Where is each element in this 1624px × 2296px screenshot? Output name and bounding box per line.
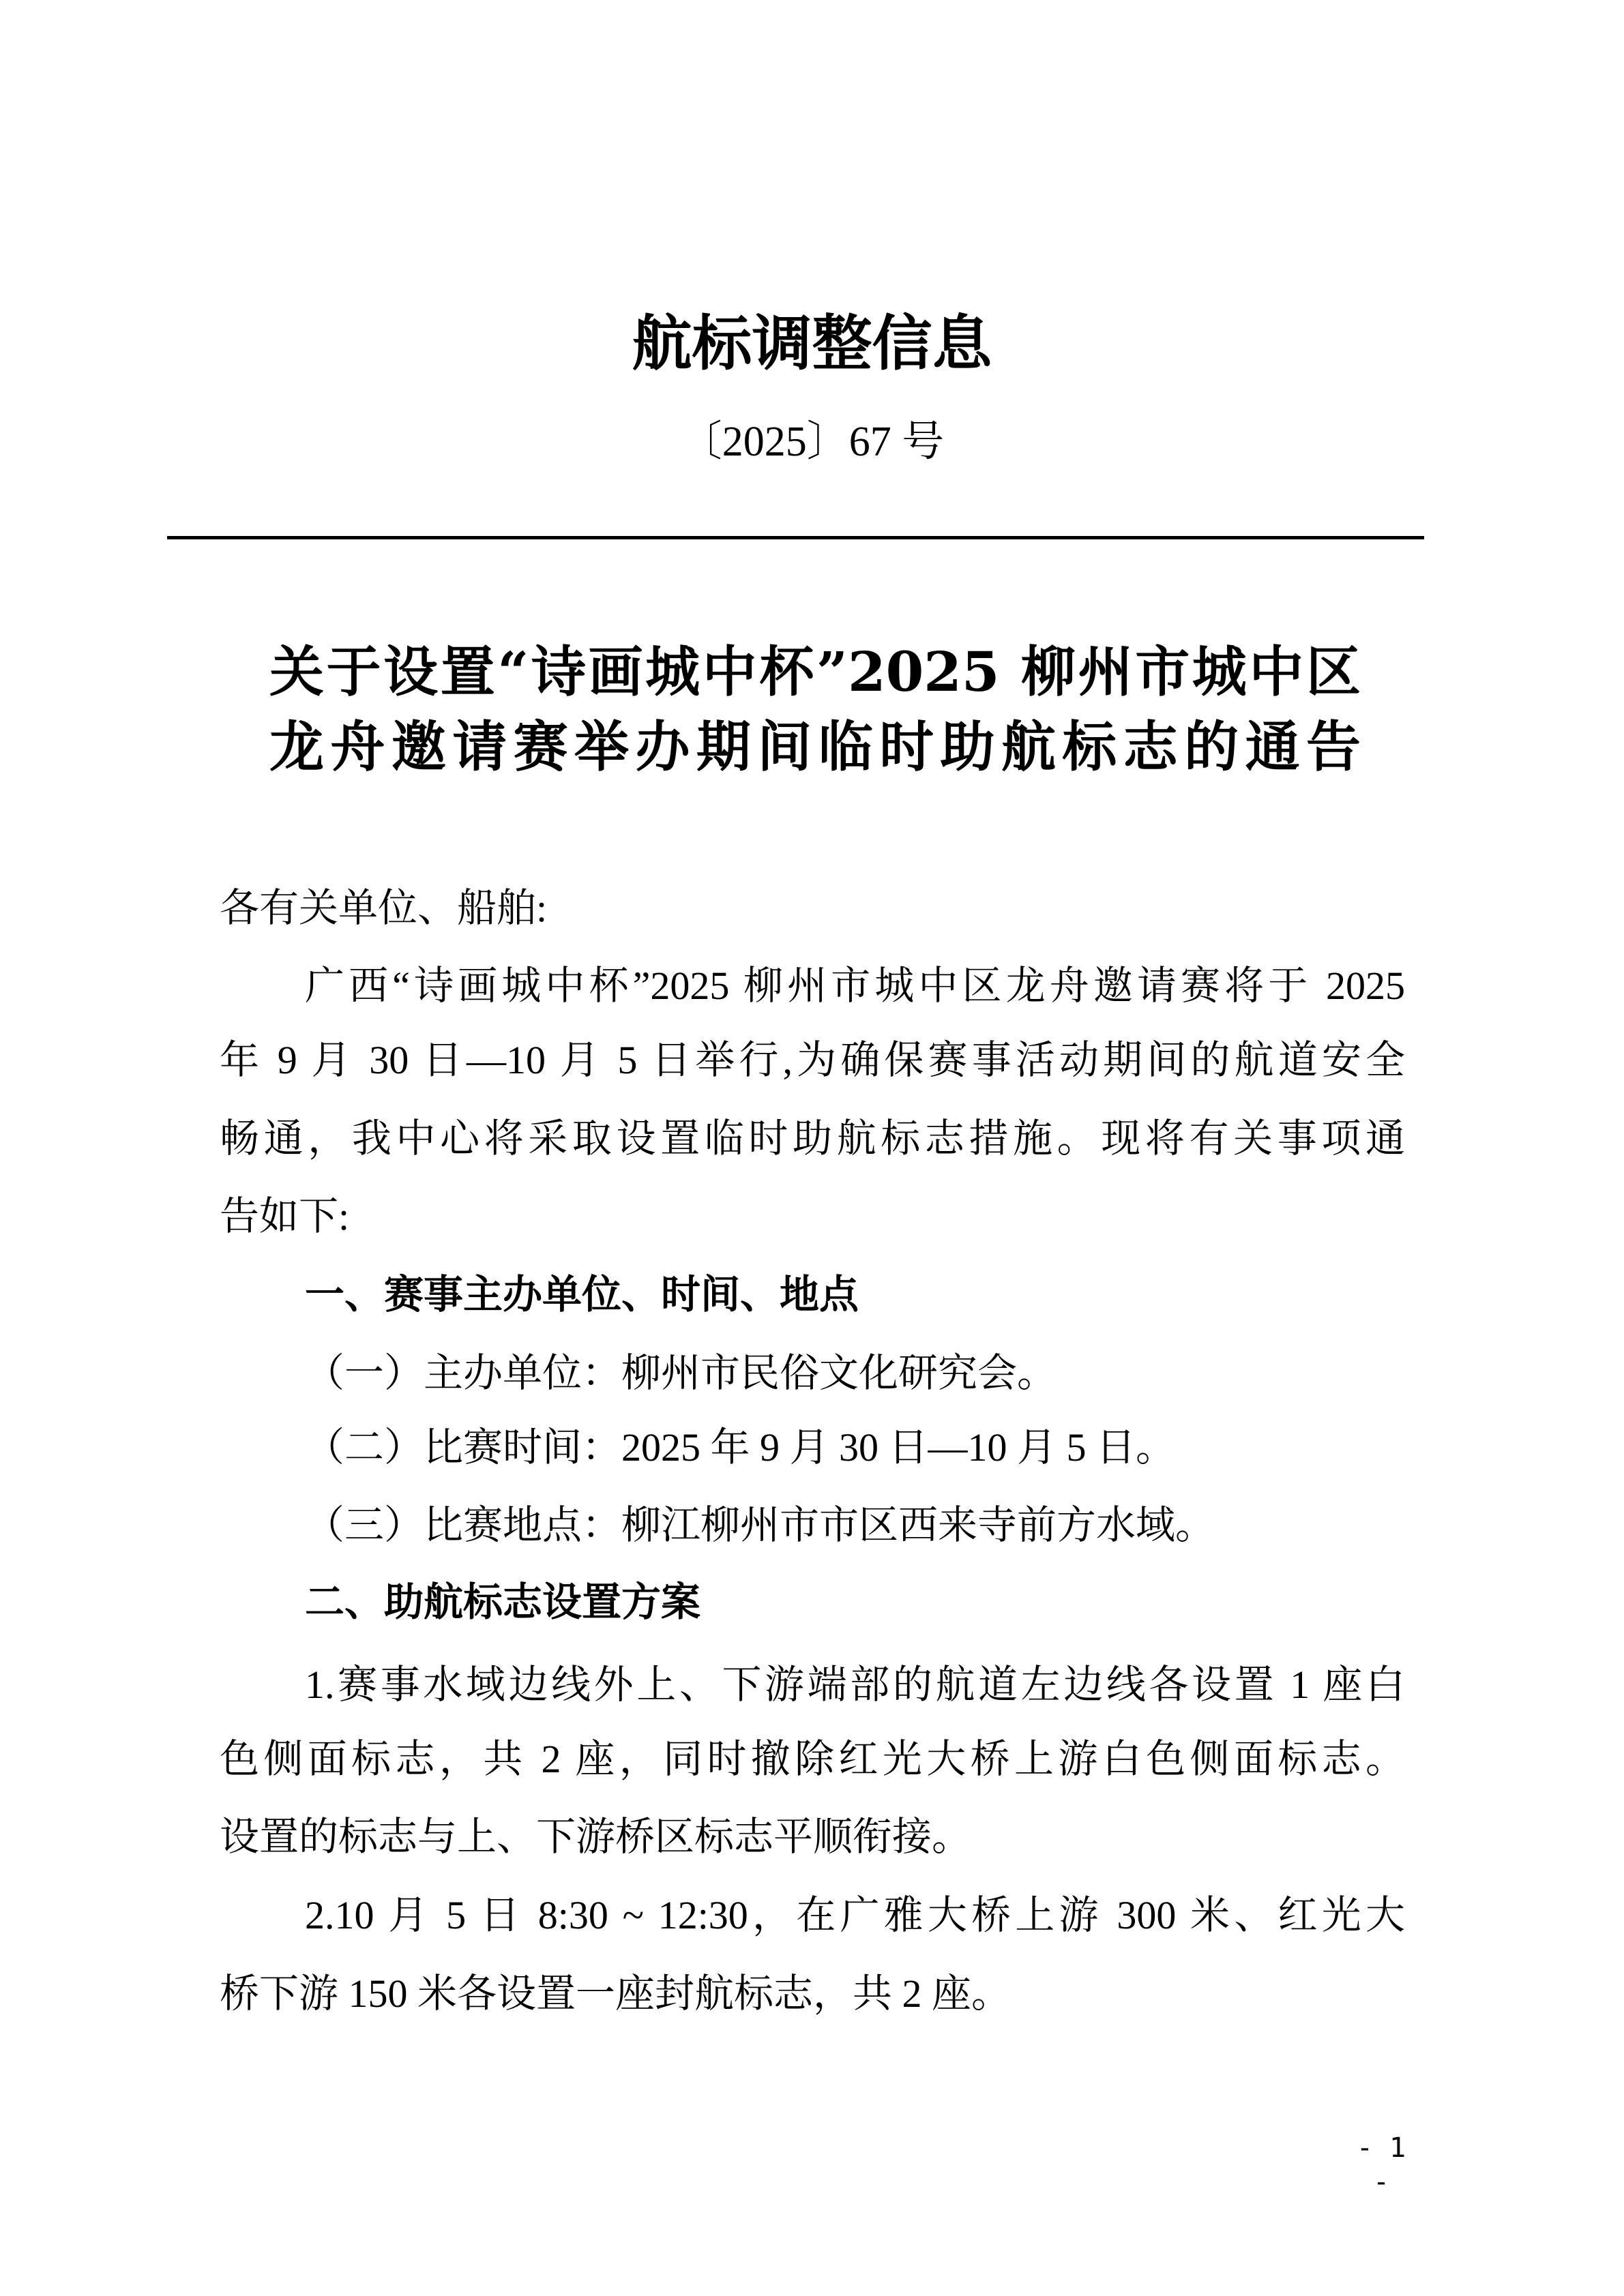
document-title: 航标调整信息	[0, 305, 1624, 381]
section-1-item-3: （三）比赛地点：柳江柳州市市区西来寺前方水域。	[305, 1497, 1405, 1552]
item-value: 柳江柳州市市区西来寺前方水域。	[621, 1503, 1215, 1547]
intro-line-1: 广西“诗画城中杯”2025 柳州市城中区龙舟邀请赛将于 2025	[305, 959, 1405, 1013]
section-2-heading: 二、助航标志设置方案	[305, 1575, 700, 1630]
section-2-item-1-line-2: 色侧面标志，共 2 座，同时撤除红光大桥上游白色侧面标志。	[220, 1732, 1405, 1787]
section-2-item-2-line-2: 桥下游 150 米各设置一座封航标志，共 2 座。	[220, 1967, 1405, 2021]
section-1-item-1: （一）主办单位：柳州市民俗文化研究会。	[305, 1345, 1405, 1400]
document-page: 航标调整信息 〔2025〕67 号 关于设置“诗画城中杯”2025 柳州市城中区…	[0, 0, 1624, 2296]
item-value: 柳州市民俗文化研究会。	[621, 1351, 1057, 1395]
item-label: （二）比赛时间：	[305, 1424, 621, 1470]
page-number: - 1 -	[1347, 2131, 1415, 2165]
document-number: 〔2025〕67 号	[0, 417, 1624, 466]
notice-title-line-2: 龙舟邀请赛举办期间临时助航标志的通告	[269, 713, 1361, 781]
notice-title-line-1: 关于设置“诗画城中杯”2025 柳州市城中区	[269, 638, 1361, 706]
section-1-item-2: （二）比赛时间：2025 年 9 月 30 日—10 月 5 日。	[305, 1420, 1405, 1474]
section-2-item-2-line-1: 2.10 月 5 日 8:30 ~ 12:30，在广雅大桥上游 300 米、红光…	[305, 1888, 1405, 1943]
section-1-heading: 一、赛事主办单位、时间、地点	[305, 1268, 859, 1322]
item-value: 2025 年 9 月 30 日—10 月 5 日。	[621, 1425, 1175, 1470]
intro-line-3: 畅通，我中心将采取设置临时助航标志措施。现将有关事项通	[220, 1112, 1405, 1166]
intro-line-2: 年 9 月 30 日—10 月 5 日举行,为确保赛事活动期间的航道安全	[220, 1033, 1405, 1088]
intro-line-4: 告如下:	[220, 1189, 1405, 1244]
header-divider	[167, 536, 1424, 539]
section-2-item-1-line-1: 1.赛事水域边线外上、下游端部的航道左边线各设置 1 座白	[305, 1658, 1405, 1712]
item-label: （一）主办单位：	[305, 1350, 621, 1396]
salutation: 各有关单位、船舶:	[220, 881, 1405, 936]
item-label: （三）比赛地点：	[305, 1502, 621, 1548]
section-2-item-1-line-3: 设置的标志与上、下游桥区标志平顺衔接。	[220, 1810, 1405, 1864]
